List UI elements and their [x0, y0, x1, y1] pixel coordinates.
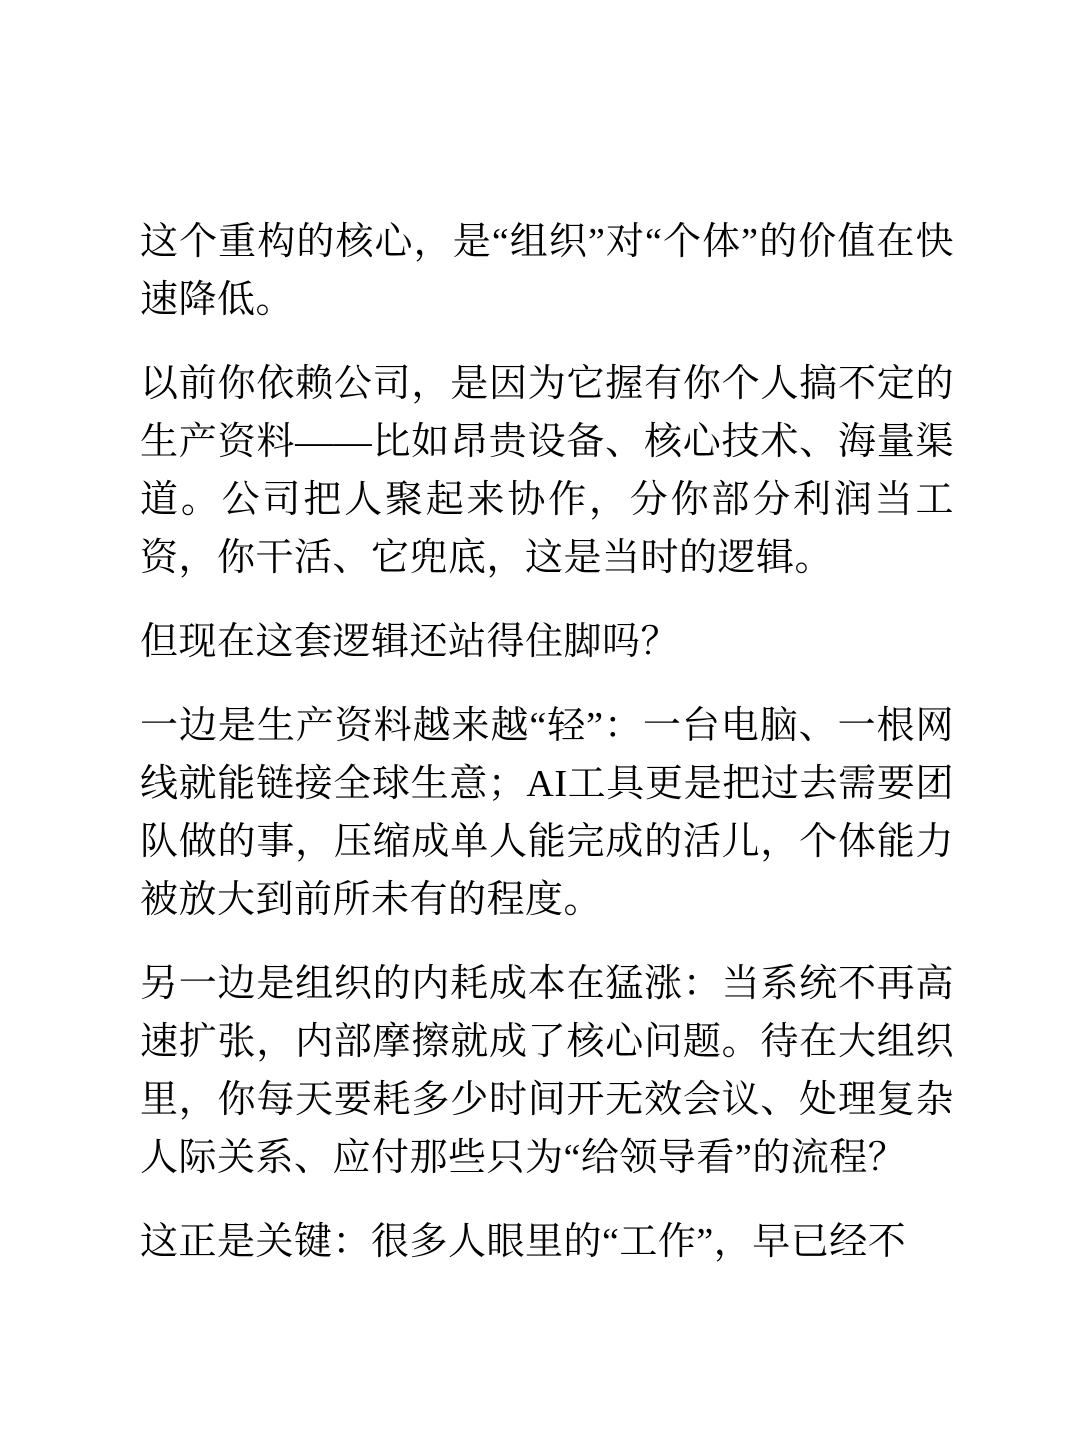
- paragraph-6: 这正是关键：很多人眼里的“工作”，早已经不: [140, 1213, 954, 1271]
- paragraph-4: 一边是生产资料越来越“轻”：一台电脑、一根网线就能链接全球生意；AI工具更是把过…: [140, 697, 954, 929]
- paragraph-5: 另一边是组织的内耗成本在猛涨：当系统不再高速扩张，内部摩擦就成了核心问题。待在大…: [140, 955, 954, 1187]
- paragraph-2: 以前你依赖公司，是因为它握有你个人搞不定的生产资料——比如昂贵设备、核心技术、海…: [140, 355, 954, 587]
- paragraph-3: 但现在这套逻辑还站得住脚吗？: [140, 613, 954, 671]
- paragraph-1: 这个重构的核心，是“组织”对“个体”的价值在快速降低。: [140, 213, 954, 329]
- article-page: 这个重构的核心，是“组织”对“个体”的价值在快速降低。 以前你依赖公司，是因为它…: [0, 0, 1080, 1439]
- article-body: 这个重构的核心，是“组织”对“个体”的价值在快速降低。 以前你依赖公司，是因为它…: [140, 213, 954, 1271]
